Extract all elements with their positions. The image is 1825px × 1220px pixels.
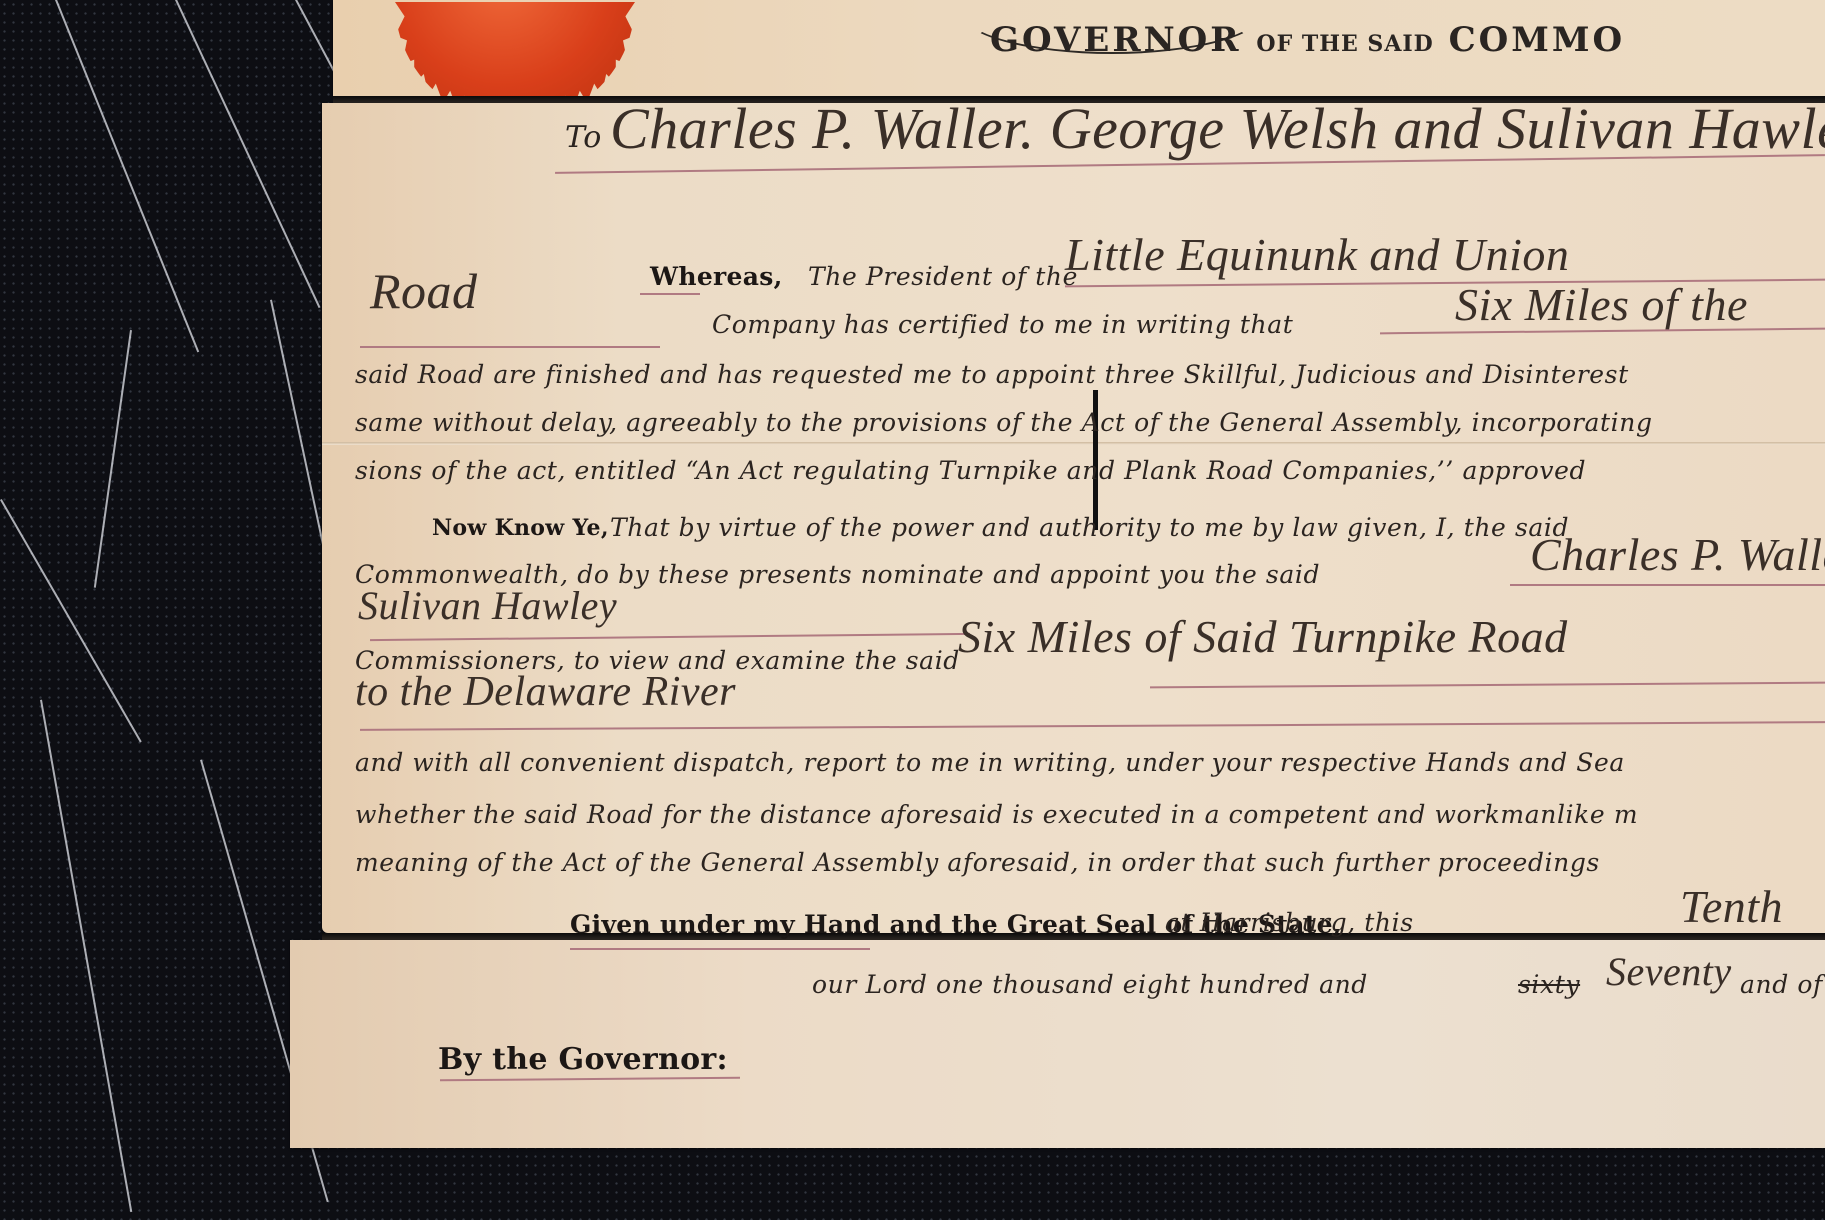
document-heading: GOVERNOR OF THE SAID COMMO: [990, 20, 1625, 60]
company-name-continued: Road: [370, 262, 478, 320]
red-underline: [570, 948, 870, 950]
whereas-line-4: same without delay, agreeably to the pro…: [355, 408, 1653, 437]
whereas-line-5: sions of the act, entitled “An Act regul…: [355, 456, 1586, 485]
report-line-a: and with all convenient dispatch, report…: [355, 748, 1625, 777]
red-underline: [640, 293, 700, 295]
given-place: at Harrisburg, this: [1165, 908, 1414, 937]
report-line-c: meaning of the Act of the General Assemb…: [355, 848, 1600, 877]
addressee-names: Charles P. Waller. George Welsh and Suli…: [610, 95, 1825, 162]
red-underline: [1510, 584, 1825, 586]
whereas-line-3: said Road are finished and has requested…: [355, 360, 1629, 389]
distance-handwritten: Six Miles of the: [1455, 278, 1748, 331]
day-handwritten: Tenth: [1680, 880, 1783, 933]
addressee-prefix: To: [565, 120, 602, 155]
whereas-text-2: Company has certified to me in writing t…: [712, 310, 1293, 339]
heading-commonwealth: COMMO: [1449, 20, 1626, 60]
commissioner-name-2-handwritten: Sulivan Hawley: [358, 582, 617, 629]
road-segment-handwritten: Six Miles of Said Turnpike Road: [958, 610, 1568, 663]
road-destination-handwritten: to the Delaware River: [355, 668, 736, 716]
red-underline: [360, 346, 660, 348]
now-know-ye-text-1: That by virtue of the power and authorit…: [610, 513, 1569, 542]
whereas-text-1: The President of the: [808, 262, 1078, 291]
whereas-lead: Whereas,: [650, 262, 783, 291]
paper-fold-crease: [322, 442, 1825, 445]
year-handwritten: Seventy: [1606, 948, 1732, 995]
heading-governor: GOVERNOR: [990, 20, 1242, 60]
year-tail: and of t: [1740, 970, 1825, 999]
commissioner-name-handwritten: Charles P. Waller: [1530, 528, 1825, 581]
year-text: our Lord one thousand eight hundred and: [812, 970, 1368, 999]
heading-of-the-said: OF THE SAID: [1256, 31, 1433, 57]
by-the-governor: By the Governor:: [438, 1042, 728, 1077]
now-know-ye-lead: Now Know Ye,: [432, 515, 609, 541]
report-line-b: whether the said Road for the distance a…: [355, 800, 1638, 829]
year-struck-printed: sixty: [1518, 970, 1580, 999]
company-name-handwritten: Little Equinunk and Union: [1065, 228, 1569, 281]
